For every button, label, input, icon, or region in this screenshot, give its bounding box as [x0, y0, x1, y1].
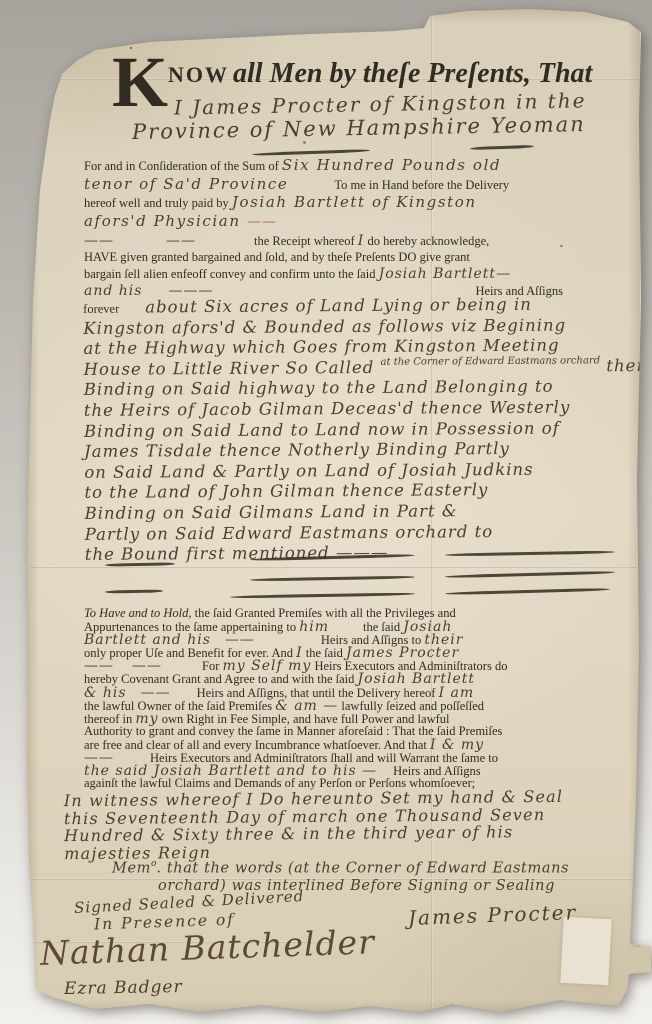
- consideration-clause: For and in Conſideration of the Sum of S…: [84, 156, 624, 230]
- text-line: To Have and to Hold, the ſaid Granted Pr…: [84, 606, 624, 619]
- text-line: Memo. that the words (at the Corner of E…: [112, 859, 569, 877]
- ink-flourish: [230, 592, 415, 598]
- text-line: bargain ſell alien enfeoff convey and co…: [84, 266, 624, 283]
- deed-paper: K NOW all Men by theſe Preſents, That I …: [0, 0, 652, 1024]
- text-line: For and in Conſideration of the Sum of S…: [84, 156, 624, 175]
- ink-flourish: [250, 576, 415, 582]
- text-line: hereof well and truly paid by Josiah Bar…: [84, 193, 624, 212]
- granting-clause: ————the Receipt whereof I do hereby ackn…: [84, 233, 624, 299]
- ink-flourish: [252, 149, 370, 156]
- text-line: & his——Heirs and Aſſigns, that until the…: [84, 685, 624, 698]
- text-line: orchard) was interlined Before Signing o…: [112, 877, 569, 895]
- memorandum: Memo. that the words (at the Corner of E…: [112, 859, 569, 894]
- ink-flourish: [470, 145, 534, 150]
- text-line: thereof in my own Right in Fee Simple, a…: [84, 711, 624, 724]
- text-line: Bartlett and his——Heirs and Aſſigns to t…: [84, 632, 624, 645]
- witness-signature-1: Nathan Batchelder: [39, 922, 375, 973]
- text-line: afors'd Physician ——: [84, 212, 624, 231]
- testimonium-clause: In witness whereof I Do hereunto Set my …: [64, 787, 564, 862]
- text-line: only proper Uſe and Benefit for ever. An…: [84, 645, 624, 658]
- text-line: tenor of Sa'd ProvinceTo me in Hand befo…: [84, 175, 624, 194]
- text-line: hereby Covenant Grant and Agree to and w…: [84, 671, 624, 684]
- ink-speck: [96, 45, 100, 48]
- ink-flourish: [445, 588, 610, 595]
- text-line: ——Heirs Executors and Adminiſtrators ſha…: [84, 750, 624, 763]
- paper-edge-shading: [27, 60, 39, 1012]
- text-line: HAVE given granted bargained and ſold, a…: [84, 250, 624, 267]
- photo-background: K NOW all Men by theſe Preſents, That I …: [0, 0, 652, 1024]
- text-line: ————For my Self my Heirs Executors and A…: [84, 658, 624, 671]
- ink-flourish: [445, 571, 615, 578]
- paper-edge-shading: [628, 15, 640, 1009]
- paper-tab: [622, 947, 652, 973]
- text-line: Hundred & Sixty three & in the third yea…: [64, 822, 564, 844]
- land-description: foreverabout Six acres of Land Lying or …: [83, 294, 630, 566]
- text-line: ————the Receipt whereof I do hereby ackn…: [84, 233, 624, 250]
- printed-heading: NOW all Men by theſe Preſents, That: [168, 58, 592, 90]
- ink-speck: [303, 141, 306, 144]
- drop-cap-K: K: [112, 52, 168, 113]
- habendum-clause: To Have and to Hold, the ſaid Granted Pr…: [84, 606, 624, 789]
- paper-edge-shading: [35, 1000, 637, 1014]
- text-line: Appurtenances to the ſame appertaining t…: [84, 619, 624, 632]
- witness-signature-2: Ezra Badger: [64, 977, 183, 999]
- ink-speck: [118, 40, 121, 42]
- text-line: the lawful Owner of the ſaid Premiſes & …: [84, 698, 624, 711]
- paper-edge-shading: [50, 9, 637, 23]
- text-line: are free and clear of all and every Incu…: [84, 737, 624, 750]
- text-line: Authority to grant and convey the ſame i…: [84, 724, 624, 737]
- text-line: the said Josiah Bartlett and to his —Hei…: [84, 763, 624, 776]
- ink-flourish: [105, 589, 163, 593]
- repair-patch: [560, 917, 611, 985]
- grantor-signature: James Procter: [408, 900, 578, 930]
